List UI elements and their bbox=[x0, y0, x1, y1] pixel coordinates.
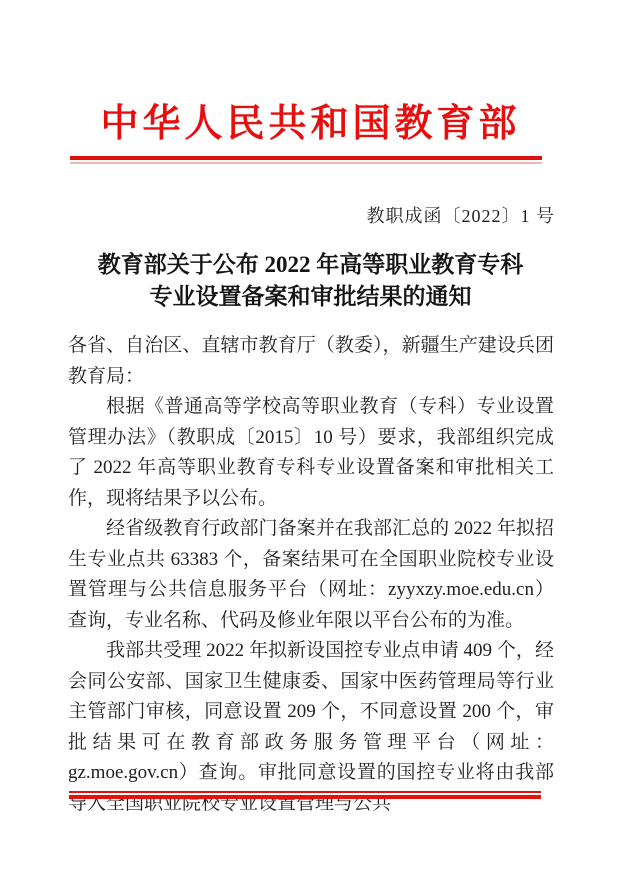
letterhead-divider bbox=[70, 156, 542, 164]
document-page: 中华人民共和国教育部 教职成函〔2022〕1 号 教育部关于公布 2022 年高… bbox=[0, 0, 621, 883]
document-reference-number: 教职成函〔2022〕1 号 bbox=[68, 202, 555, 228]
ministry-letterhead-title: 中华人民共和国教育部 bbox=[0, 92, 621, 147]
notice-title-line1: 教育部关于公布 2022 年高等职业教育专科 bbox=[0, 249, 621, 281]
page-footer-divider bbox=[69, 791, 541, 799]
footer-divider-thick-rule bbox=[69, 795, 541, 799]
letterhead-divider-thin-rule bbox=[70, 162, 542, 164]
body-paragraph-1: 根据《普通高等学校高等职业教育（专科）专业设置管理办法》（教职成〔2015〕10… bbox=[68, 392, 554, 514]
notice-title: 教育部关于公布 2022 年高等职业教育专科 专业设置备案和审批结果的通知 bbox=[0, 249, 621, 313]
notice-title-line2: 专业设置备案和审批结果的通知 bbox=[0, 281, 621, 313]
body-paragraph-2: 经省级教育行政部门备案并在我部汇总的 2022 年拟招生专业点共 63383 个… bbox=[68, 514, 554, 636]
notice-body: 各省、自治区、直辖市教育厅（教委），新疆生产建设兵团教育局： 根据《普通高等学校… bbox=[68, 331, 554, 819]
salutation: 各省、自治区、直辖市教育厅（教委），新疆生产建设兵团教育局： bbox=[68, 331, 554, 392]
